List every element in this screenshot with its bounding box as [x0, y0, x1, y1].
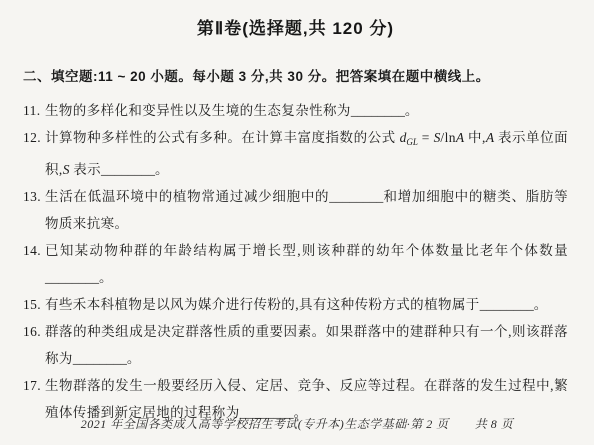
question-text-run: 计算物种多样性的公式有多种。在计算丰富度指数的公式	[45, 130, 400, 145]
answer-blank: ________	[329, 189, 383, 204]
question-item: 12.计算物种多样性的公式有多种。在计算丰富度指数的公式 dGL = S/lnA…	[23, 124, 568, 183]
question-number: 17.	[23, 372, 45, 399]
answer-blank: ________	[101, 162, 155, 177]
question-text-run: 。	[99, 270, 113, 285]
question-number: 11.	[23, 97, 45, 124]
question-number: 14.	[23, 237, 45, 264]
question-text-run: =	[418, 130, 434, 145]
answer-blank: ________	[480, 297, 534, 312]
question-number: 12.	[23, 124, 45, 151]
page-footer: 2021 年全国各类成人高等学校招生考试(专升本)生态学基础·第 2 页共 8 …	[0, 415, 594, 432]
question-item: 15.有些禾本科植物是以风为媒介进行传粉的,具有这种传粉方式的植物属于_____…	[23, 291, 568, 318]
question-text: 有些禾本科植物是以风为媒介进行传粉的,具有这种传粉方式的植物属于________…	[45, 291, 568, 318]
question-text: 计算物种多样性的公式有多种。在计算丰富度指数的公式 dGL = S/lnA 中,…	[45, 124, 568, 183]
question-item: 16.群落的种类组成是决定群落性质的重要因素。如果群落中的建群种只有一个,则该群…	[23, 318, 568, 372]
question-number: 15.	[23, 291, 45, 318]
question-list: 11.生物的多样化和变异性以及生境的生态复杂性称为________。12.计算物…	[23, 97, 568, 426]
question-number: 16.	[23, 318, 45, 345]
question-text-run: /ln	[440, 130, 455, 145]
exam-page: 第Ⅱ卷(选择题,共 120 分) 二、填空题:11 ~ 20 小题。每小题 3 …	[0, 0, 594, 445]
question-number: 13.	[23, 183, 45, 210]
question-text-run: 。	[155, 162, 169, 177]
question-text: 生物的多样化和变异性以及生境的生态复杂性称为________。	[45, 97, 568, 124]
section-header: 二、填空题:11 ~ 20 小题。每小题 3 分,共 30 分。把答案填在题中横…	[23, 65, 568, 85]
formula-subscript: GL	[406, 137, 418, 147]
question-text-run: 表示	[69, 162, 101, 177]
question-item: 11.生物的多样化和变异性以及生境的生态复杂性称为________。	[23, 97, 568, 124]
question-text-run: 中,	[464, 130, 486, 145]
question-item: 14.已知某动物种群的年龄结构属于增长型,则该种群的幼年个体数量比老年个体数量_…	[23, 237, 568, 291]
answer-blank: ________	[73, 351, 127, 366]
formula-variable: A	[486, 130, 494, 145]
question-text-run: 。	[405, 103, 419, 118]
question-text: 已知某动物种群的年龄结构属于增长型,则该种群的幼年个体数量比老年个体数量____…	[45, 237, 568, 291]
question-text: 生活在低温环境中的植物常通过减少细胞中的________和增加细胞中的糖类、脂肪…	[45, 183, 568, 237]
footer-exam-info: 2021 年全国各类成人高等学校招生考试(专升本)生态学基础·第 2 页	[81, 417, 449, 431]
question-text-run: 。	[534, 297, 548, 312]
answer-blank: ________	[351, 103, 405, 118]
question-text-run: 。	[127, 351, 141, 366]
question-text-run: 生活在低温环境中的植物常通过减少细胞中的	[45, 189, 329, 204]
question-text-run: 已知某动物种群的年龄结构属于增长型,则该种群的幼年个体数量比老年个体数量	[45, 243, 568, 258]
footer-total-pages: 共 8 页	[475, 417, 514, 431]
question-text-run: 生物的多样化和变异性以及生境的生态复杂性称为	[45, 103, 351, 118]
question-item: 13.生活在低温环境中的植物常通过减少细胞中的________和增加细胞中的糖类…	[23, 183, 568, 237]
question-text: 群落的种类组成是决定群落性质的重要因素。如果群落中的建群种只有一个,则该群落称为…	[45, 318, 568, 372]
answer-blank: ________	[45, 270, 99, 285]
page-title: 第Ⅱ卷(选择题,共 120 分)	[23, 14, 568, 39]
question-text-run: 有些禾本科植物是以风为媒介进行传粉的,具有这种传粉方式的植物属于	[45, 297, 480, 312]
formula-variable: A	[456, 130, 464, 145]
